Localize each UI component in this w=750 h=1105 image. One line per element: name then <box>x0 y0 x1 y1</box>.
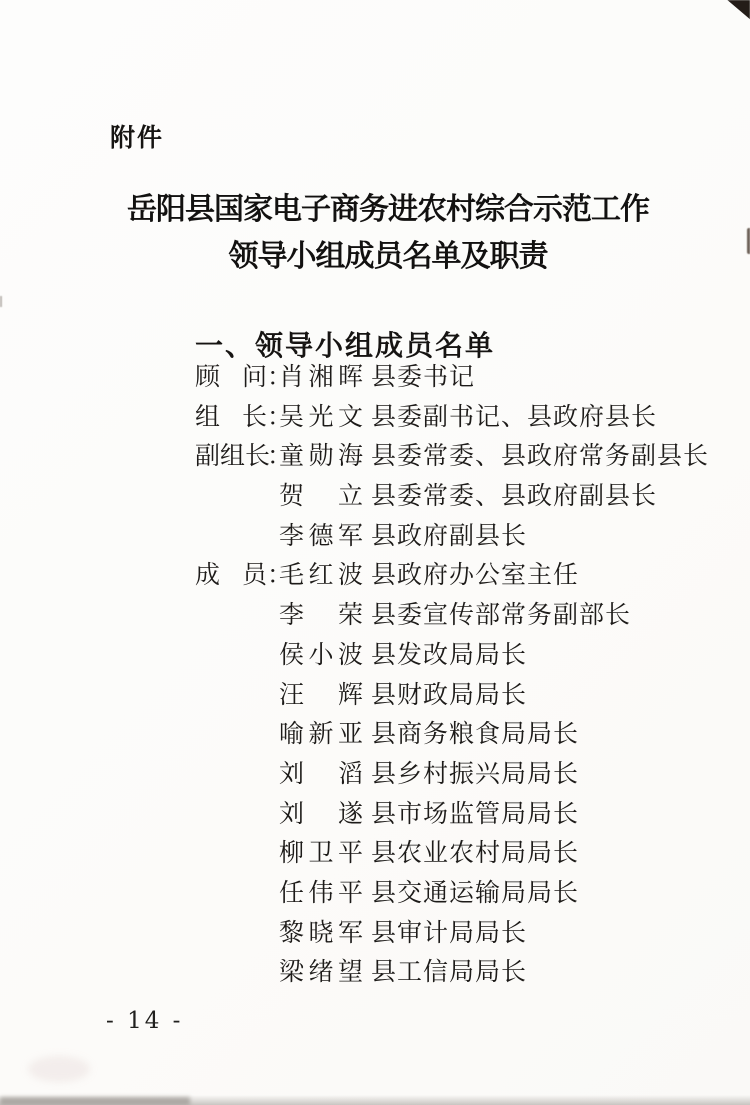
member-name: 黎晓军 <box>279 914 363 954</box>
member-title: 县农业农村局局长 <box>371 834 579 874</box>
member-title: 县委宣传部常务副部长 <box>371 596 631 636</box>
scan-corner-artifact <box>723 0 750 24</box>
member-row: 刘遂县市场监管局局长 <box>195 795 715 835</box>
scan-left-edge-mark <box>0 296 2 307</box>
member-name: 童勋海 <box>279 437 363 477</box>
document-title: 岳阳县国家电子商务进农村综合示范工作 领导小组成员名单及职责 <box>0 186 750 280</box>
member-row: 刘滔县乡村振兴局局长 <box>195 755 715 795</box>
member-row: 贺立县委常委、县政府副县长 <box>195 477 715 517</box>
member-role: 成员 <box>195 556 267 596</box>
member-name: 刘滔 <box>279 755 363 795</box>
member-title: 县委常委、县政府副县长 <box>371 477 657 517</box>
member-title: 县委常委、县政府常务副县长 <box>371 437 709 477</box>
member-row: 李荣县委宣传部常务副部长 <box>195 596 715 636</box>
member-name: 侯小波 <box>279 636 363 676</box>
member-title: 县工信局局长 <box>371 953 527 993</box>
member-title: 县审计局局长 <box>371 914 527 954</box>
scan-smudge <box>28 1056 90 1082</box>
member-title: 县委副书记、县政府县长 <box>371 398 657 438</box>
member-row: 顾问：肖湘晖县委书记 <box>195 358 715 398</box>
member-row: 梁绪望县工信局局长 <box>195 953 715 993</box>
scan-bottom-shadow <box>0 1095 750 1105</box>
document-title-line2: 领导小组成员名单及职责 <box>26 233 750 280</box>
scanned-document-page: 附件 岳阳县国家电子商务进农村综合示范工作 领导小组成员名单及职责 一、领导小组… <box>0 0 750 1105</box>
member-row: 副组长：童勋海县委常委、县政府常务副县长 <box>195 437 715 477</box>
member-role-colon: ： <box>267 398 279 438</box>
member-title: 县财政局局长 <box>371 676 527 716</box>
member-row: 组长：吴光文县委副书记、县政府县长 <box>195 398 715 438</box>
member-name: 贺立 <box>279 477 363 517</box>
member-role-colon: ： <box>267 437 279 477</box>
member-row: 柳卫平县农业农村局局长 <box>195 834 715 874</box>
member-row: 李德军县政府副县长 <box>195 517 715 557</box>
member-row: 汪辉县财政局局长 <box>195 676 715 716</box>
member-name: 毛红波 <box>279 556 363 596</box>
member-role: 组长 <box>195 398 267 438</box>
member-name: 汪辉 <box>279 676 363 716</box>
member-name: 李德军 <box>279 517 363 557</box>
member-role: 副组长 <box>195 437 267 477</box>
member-title: 县政府副县长 <box>371 517 527 557</box>
member-title: 县发改局局长 <box>371 636 527 676</box>
member-row: 侯小波县发改局局长 <box>195 636 715 676</box>
page-number: - 14 - <box>106 1008 183 1034</box>
member-title: 县交通运输局局长 <box>371 874 579 914</box>
member-row: 黎晓军县审计局局长 <box>195 914 715 954</box>
member-title: 县市场监管局局长 <box>371 795 579 835</box>
member-row: 任伟平县交通运输局局长 <box>195 874 715 914</box>
member-name: 肖湘晖 <box>279 358 363 398</box>
member-role-colon: ： <box>267 358 279 398</box>
member-name: 柳卫平 <box>279 834 363 874</box>
member-name: 吴光文 <box>279 398 363 438</box>
member-name: 刘遂 <box>279 795 363 835</box>
member-role-colon: ： <box>267 556 279 596</box>
member-title: 县商务粮食局局长 <box>371 715 579 755</box>
document-title-line1: 岳阳县国家电子商务进农村综合示范工作 <box>26 186 750 233</box>
member-list: 顾问：肖湘晖县委书记 组长：吴光文县委副书记、县政府县长 副组长：童勋海县委常委… <box>195 358 715 993</box>
member-row: 成员：毛红波县政府办公室主任 <box>195 556 715 596</box>
member-name: 喻新亚 <box>279 715 363 755</box>
member-name: 任伟平 <box>279 874 363 914</box>
member-row: 喻新亚县商务粮食局局长 <box>195 715 715 755</box>
member-name: 李荣 <box>279 596 363 636</box>
member-title: 县委书记 <box>371 358 475 398</box>
attachment-label: 附件 <box>110 118 164 154</box>
member-title: 县政府办公室主任 <box>371 556 579 596</box>
member-title: 县乡村振兴局局长 <box>371 755 579 795</box>
member-name: 梁绪望 <box>279 953 363 993</box>
member-role: 顾问 <box>195 358 267 398</box>
